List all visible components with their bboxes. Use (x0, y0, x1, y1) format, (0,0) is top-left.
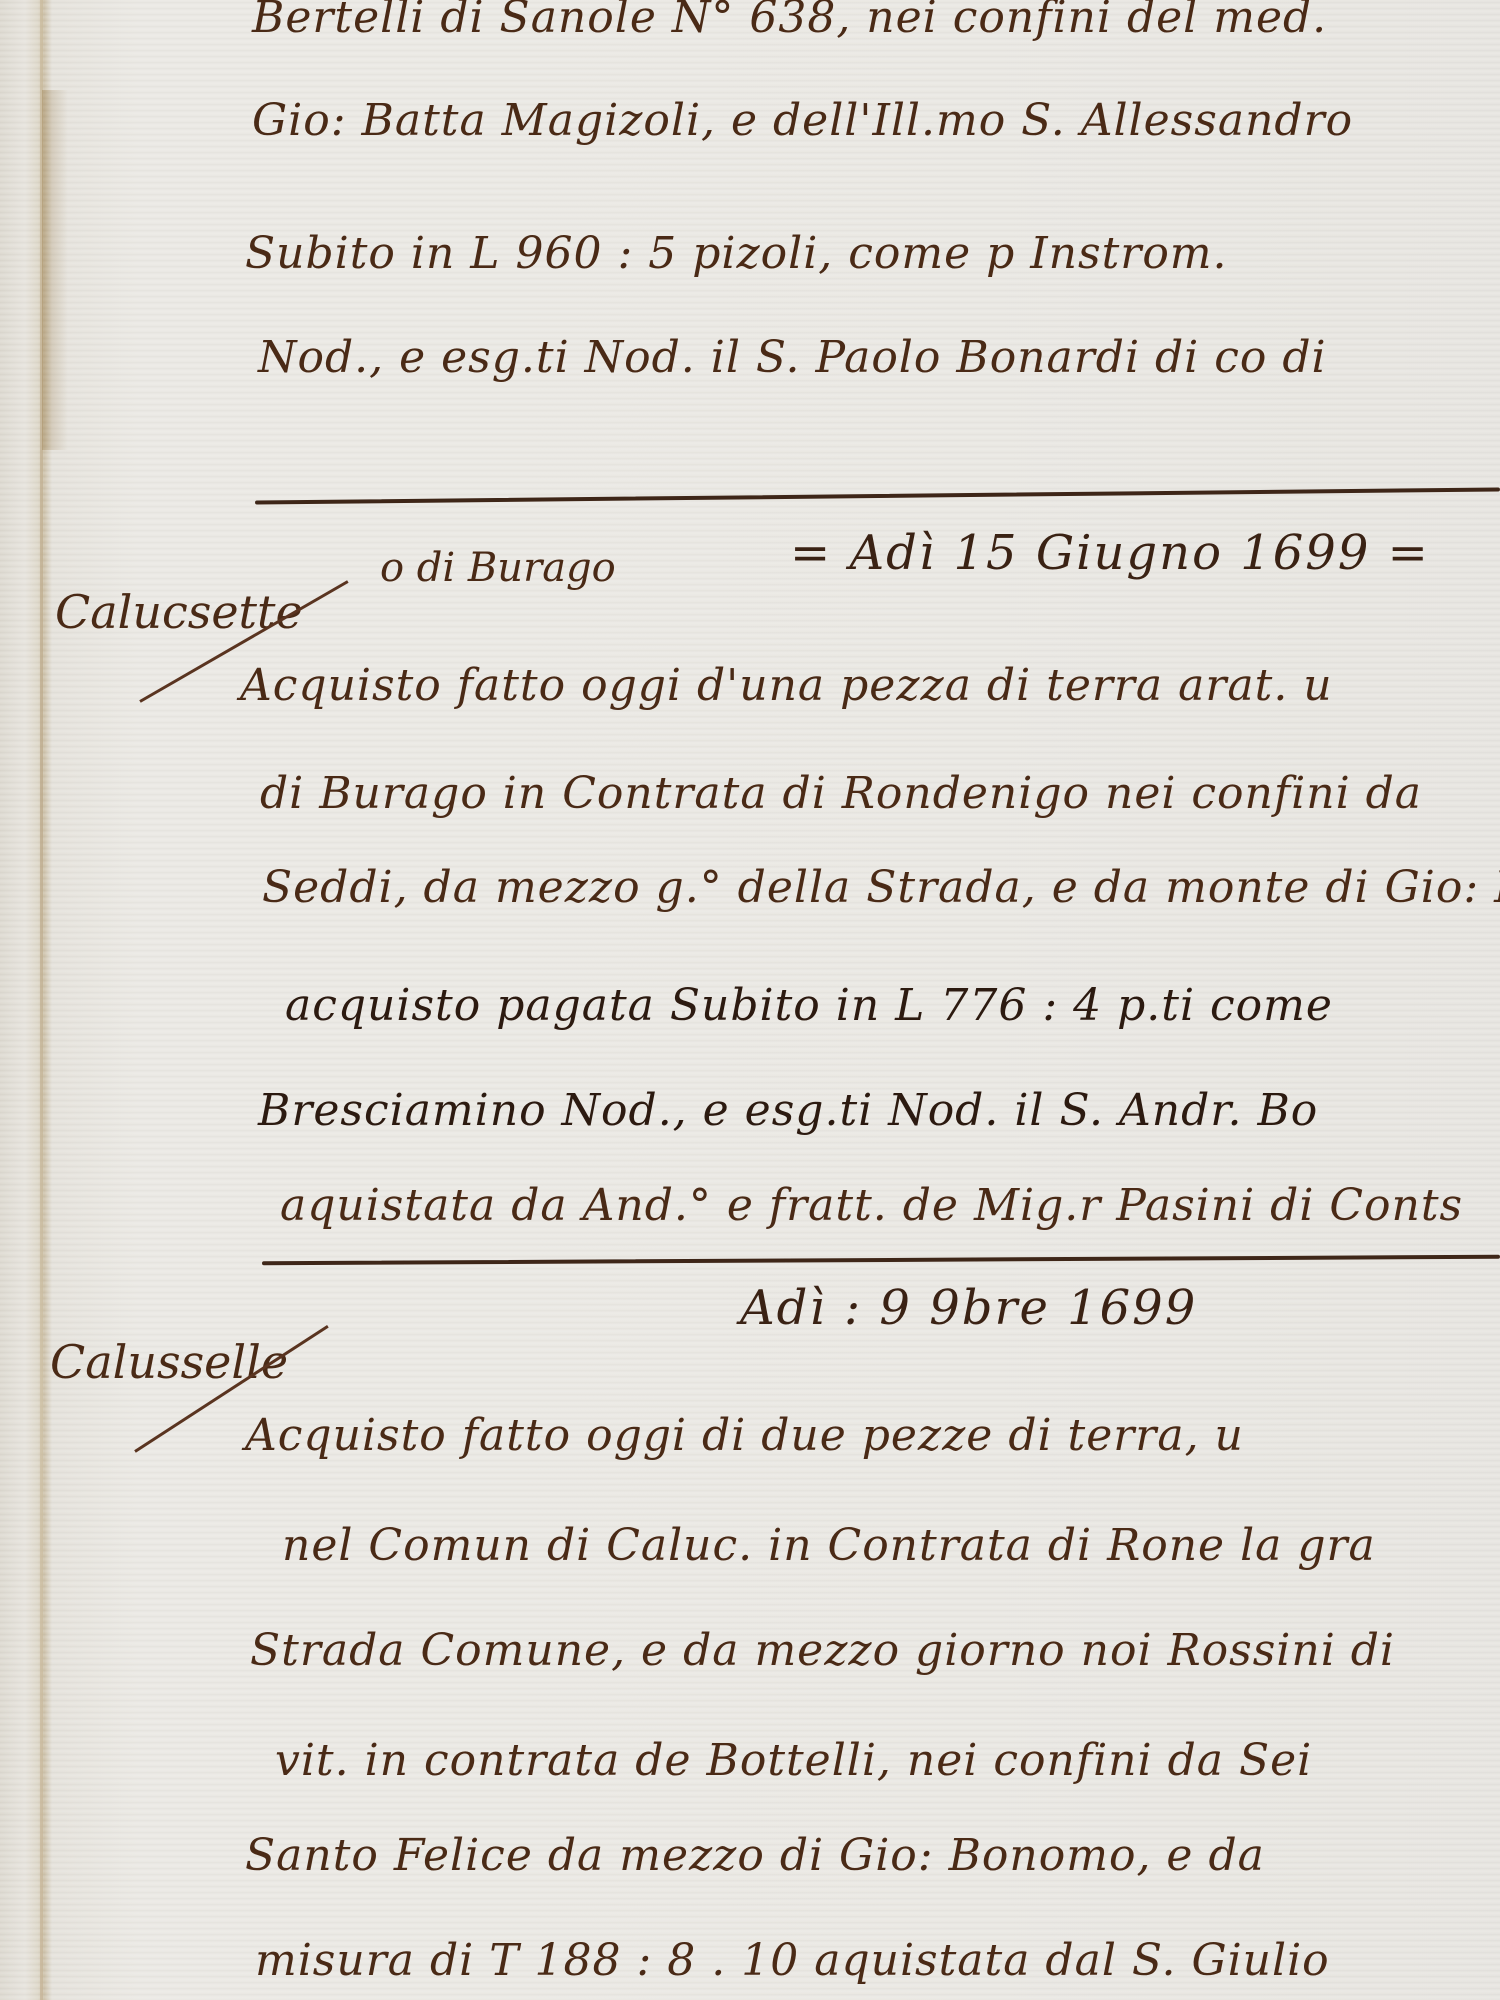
entry1-line-6: aquistata da And.° e fratt. de Mig.r Pas… (280, 1180, 1463, 1231)
entry2-line-2: nel Comun di Caluc. in Contrata di Rone … (282, 1520, 1376, 1571)
entry2-line-4: vit. in contrata de Bottelli, nei confin… (275, 1735, 1312, 1786)
entry0-line-2: Gio: Batta Magizoli, e dell'Ill.mo S. Al… (252, 95, 1353, 146)
entry1-date: = Adì 15 Giugno 1699 = (790, 525, 1430, 581)
place-note-1: o di Burago (380, 545, 616, 591)
entry0-line-1: Bertelli di Sanole N° 638, nei confini d… (252, 0, 1327, 43)
entry0-line-4: Nod., e esg.ti Nod. il S. Paolo Bonardi … (258, 332, 1327, 383)
entry1-line-1: Acquisto fatto oggi d'una pezza di terra… (240, 660, 1333, 711)
entry1-line-5: Bresciamino Nod., e esg.ti Nod. il S. An… (258, 1085, 1318, 1136)
margin-note-2: Calusselle (50, 1335, 288, 1389)
entry1-line-2: di Burago in Contrata di Rondenigo nei c… (260, 768, 1422, 819)
entry0-line-3: Subito in L 960 : 5 pizoli, come p Instr… (245, 228, 1228, 279)
entry2-line-5: Santo Felice da mezzo di Gio: Bonomo, e … (245, 1830, 1265, 1881)
entry2-line-1: Acquisto fatto oggi di due pezze di terr… (245, 1410, 1244, 1461)
margin-note-1: Calucsette (55, 585, 303, 639)
entry2-line-6: misura di T 188 : 8 . 10 aquistata dal S… (255, 1935, 1330, 1986)
edge-stain (42, 90, 68, 450)
entry2-date: Adì : 9 9bre 1699 (740, 1280, 1197, 1336)
entry2-line-3: Strada Comune, e da mezzo giorno noi Ros… (250, 1625, 1395, 1676)
entry1-line-4: acquisto pagata Subito in L 776 : 4 p.ti… (285, 980, 1333, 1031)
entry1-line-3: Seddi, da mezzo g.° della Strada, e da m… (262, 862, 1500, 913)
